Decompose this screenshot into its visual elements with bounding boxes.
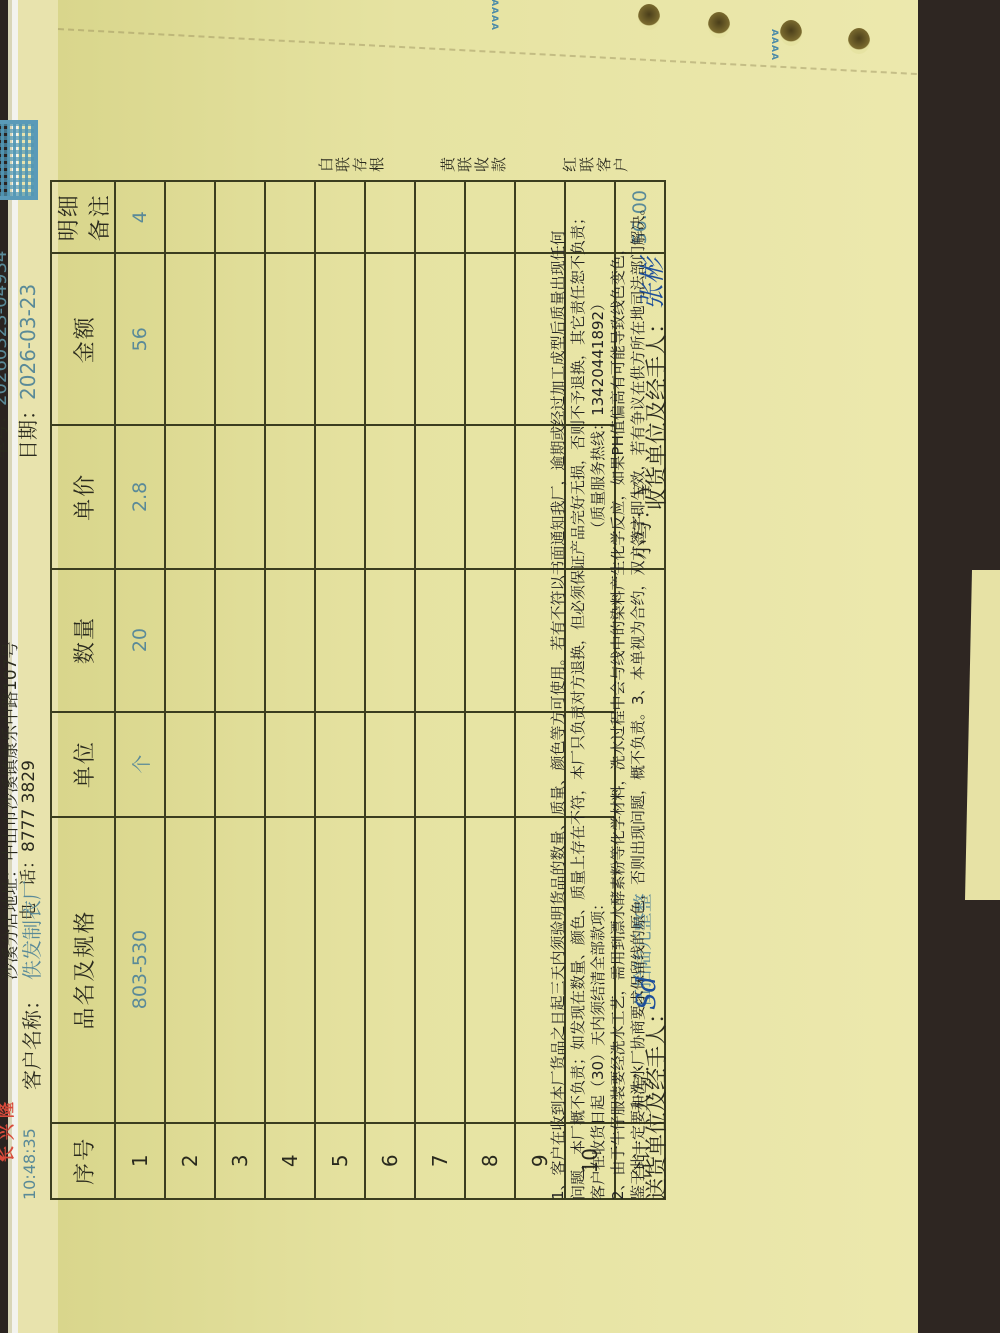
cell-amount (165, 253, 215, 425)
cell-price (465, 425, 515, 568)
cell-name (265, 817, 315, 1123)
cell-remark (215, 181, 265, 253)
cell-price (165, 425, 215, 568)
edge-stamp: AAAA (489, 0, 499, 31)
cell-price: 2.8 (115, 425, 165, 568)
cell-name (315, 817, 365, 1123)
cell-amount (465, 253, 515, 425)
col-header-no: 序号 (51, 1123, 115, 1199)
cell-remark (315, 181, 365, 253)
cell-qty (265, 569, 315, 712)
table-row: 7 (415, 181, 465, 1199)
tractor-hole (638, 4, 660, 30)
table-row: 1 803-530 个 20 2.8 56 4 (115, 181, 165, 1199)
col-header-amount: 金额 (51, 253, 115, 425)
print-time: 10:48:35 (20, 1128, 39, 1200)
order-date: 日期：2026-03-23 (12, 284, 41, 460)
cell-qty (315, 569, 365, 712)
col-header-unit: 单位 (51, 712, 115, 817)
cell-qty: 20 (115, 569, 165, 712)
sender-label: 送货单位及经手人： (640, 1002, 671, 1200)
cell-amount (265, 253, 315, 425)
cell-remark (415, 181, 465, 253)
delivery-note-form: 长兴隆 长兴隆 长兴隆线业 送货单 大涌总店地址：中山市大涌镇中新公路162号鼎… (0, 70, 678, 1240)
cell-no: 2 (165, 1123, 215, 1199)
cell-unit (265, 712, 315, 817)
cell-price (415, 425, 465, 568)
cell-amount (365, 253, 415, 425)
edge-stamp: AAAA (769, 29, 779, 61)
cell-unit: 个 (115, 712, 165, 817)
col-header-remark: 明细备注 (51, 181, 115, 253)
delivery-note-sheet: AAAA AAAA 长兴隆 长兴隆 长兴隆线业 送货单 大涌总店地址：中山市大涌… (58, 0, 918, 1333)
cell-name (415, 817, 465, 1123)
cell-amount: 56 (115, 253, 165, 425)
cell-no: 7 (415, 1123, 465, 1199)
cell-remark (465, 181, 515, 253)
branch-phone-value: 8777 3829 (19, 760, 39, 852)
cell-unit (165, 712, 215, 817)
table-row: 2 (165, 181, 215, 1199)
cell-amount (215, 253, 265, 425)
cell-price (315, 425, 365, 568)
order-number-label: 单号： (0, 406, 11, 460)
cell-remark (265, 181, 315, 253)
cell-qty (165, 569, 215, 712)
header: 长兴隆 长兴隆 长兴隆线业 送货单 大涌总店地址：中山市大涌镇中新公路162号鼎… (0, 70, 48, 1240)
cell-unit (365, 712, 415, 817)
cell-name (365, 817, 415, 1123)
order-number-value: 20260323-04934 (0, 251, 11, 406)
cell-price (215, 425, 265, 568)
cell-amount (315, 253, 365, 425)
tractor-hole (848, 28, 870, 54)
cell-name (165, 817, 215, 1123)
cell-qty (365, 569, 415, 712)
col-header-name: 品名及规格 (51, 817, 115, 1123)
terms-line: 1、客户在收到本厂货品之日起三天内须验明货品的数量、质量、颜色等方可使用。若有不… (548, 80, 568, 1200)
table-row: 8 (465, 181, 515, 1199)
cell-unit (315, 712, 365, 817)
receiver-signature: 张彬 (632, 258, 669, 310)
sender-signature: Sd (632, 976, 662, 1010)
cell-no: 5 (315, 1123, 365, 1199)
order-number: 单号：20260323-04934 (0, 251, 12, 460)
col-header-price: 单价 (51, 425, 115, 568)
table-row: 5 (315, 181, 365, 1199)
terms-line: 客户在收货日起（30）天内须结清全部款项： （质量服务热线：1342044189… (588, 80, 608, 1200)
logo-brand: 长兴隆 (0, 1096, 17, 1162)
table-row: 6 (365, 181, 415, 1199)
cell-name (215, 817, 265, 1123)
customer-name: 佚发制衣厂 (16, 880, 45, 980)
cell-unit (215, 712, 265, 817)
cell-remark (165, 181, 215, 253)
table-header-row: 序号 品名及规格 单位 数量 单价 金额 明细备注 (51, 181, 115, 1199)
cell-price (365, 425, 415, 568)
date-label: 日期： (16, 400, 40, 460)
cell-no: 3 (215, 1123, 265, 1199)
table-row: 4 (265, 181, 315, 1199)
paper-stack: AAAA AAAA 长兴隆 长兴隆 长兴隆线业 送货单 大涌总店地址：中山市大涌… (18, 0, 898, 1333)
cell-qty (215, 569, 265, 712)
col-header-qty: 数量 (51, 569, 115, 712)
cell-amount (415, 253, 465, 425)
receiver-label: 收货单位及经手人： (640, 312, 671, 510)
cell-remark: 4 (115, 181, 165, 253)
cell-no: 8 (465, 1123, 515, 1199)
customer-label: 客户名称： (16, 990, 45, 1090)
cell-name (465, 817, 515, 1123)
qr-code-icon (0, 120, 38, 200)
cell-no: 1 (115, 1123, 165, 1199)
terms-line: 2、由于牛仔服装要经洗水工艺，需用到漂水酵素粉等化学材料，洗水过程中会与线中的染… (608, 80, 628, 1200)
cell-unit (415, 712, 465, 817)
cell-name: 803-530 (115, 817, 165, 1123)
date-value: 2026-03-23 (16, 284, 40, 400)
table-row: 3 (215, 181, 265, 1199)
tractor-hole (708, 12, 730, 38)
cell-no: 4 (265, 1123, 315, 1199)
cell-no: 6 (365, 1123, 415, 1199)
cell-remark (365, 181, 415, 253)
tractor-hole (780, 20, 802, 46)
cell-qty (465, 569, 515, 712)
cell-qty (415, 569, 465, 712)
terms-and-conditions: 1、客户在收到本厂货品之日起三天内须验明货品的数量、质量、颜色等方可使用。若有不… (548, 80, 648, 1200)
copy-label-yellow: 黄联收款 (440, 155, 508, 172)
cell-price (265, 425, 315, 568)
cell-unit (465, 712, 515, 817)
terms-line: 问题，本厂概不负责；如发现在数量、颜色、质量上存在不符，本厂只负责对方退换，但必… (568, 80, 588, 1200)
copy-label-white: 白联存根 (318, 155, 386, 172)
